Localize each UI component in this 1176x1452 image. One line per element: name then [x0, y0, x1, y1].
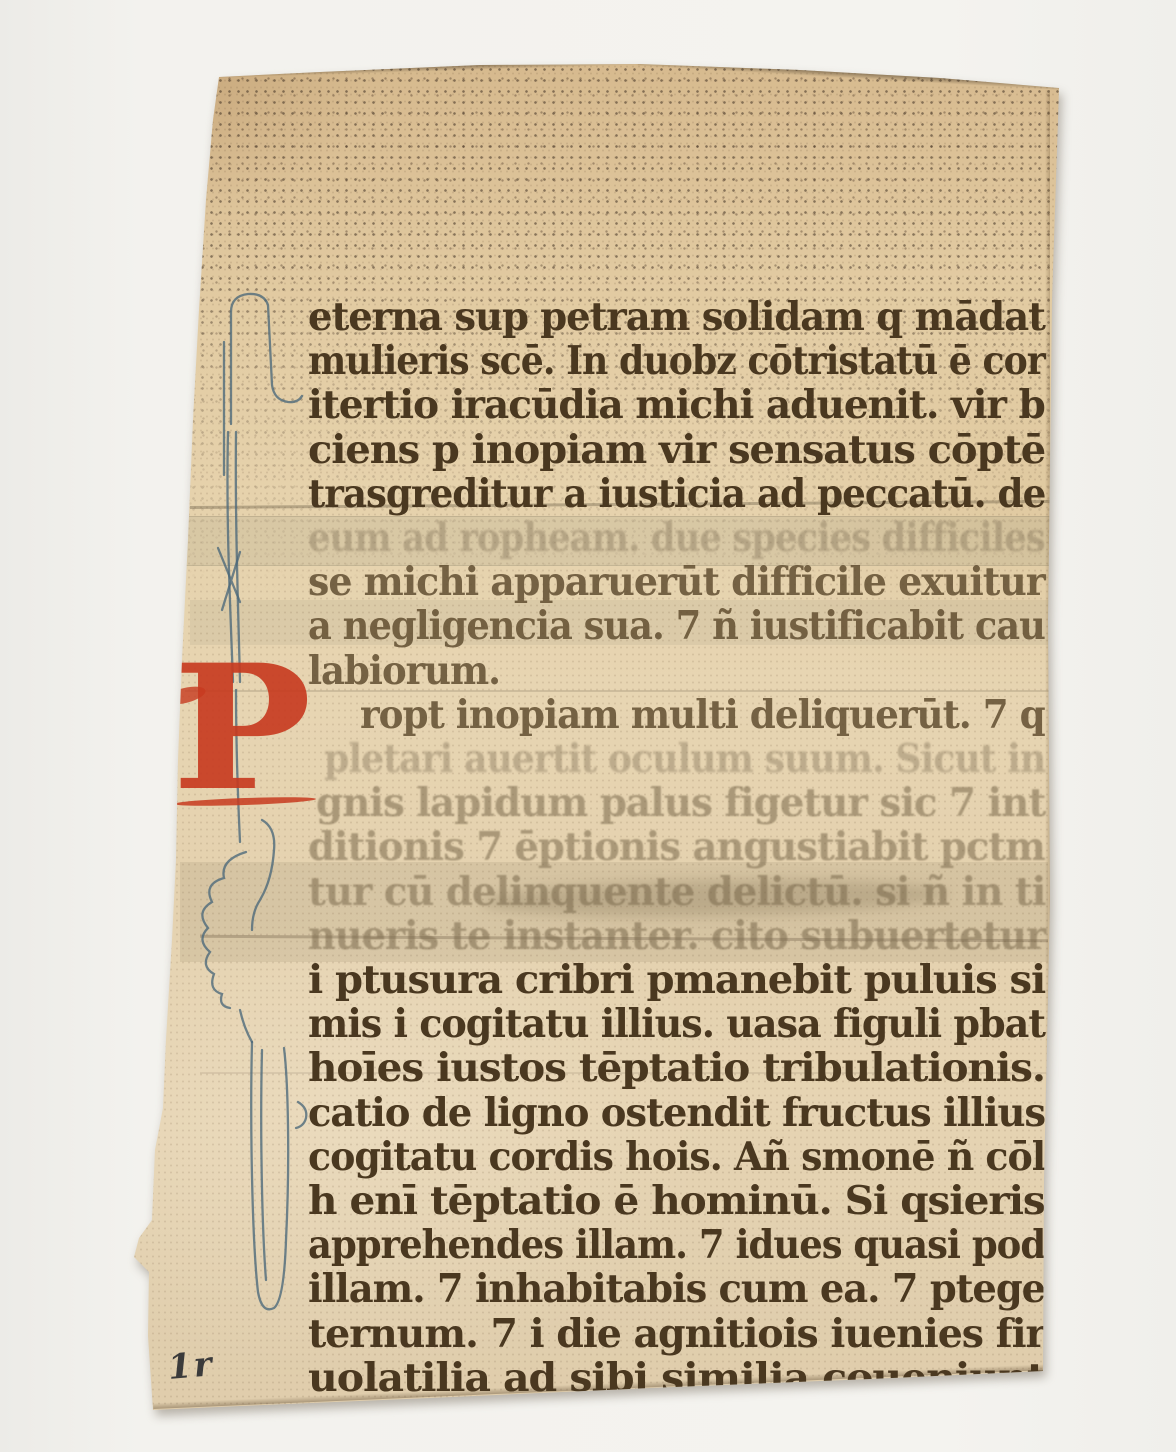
text-line: eterna sup petram solidam q mādat — [308, 295, 1045, 337]
text-line: mulieris scē. In duobz cōtristatū ē cor — [308, 339, 1045, 381]
text-line: ditionis 7 ēptionis angustiabit pctm — [308, 825, 1045, 867]
text-line: illam. 7 inhabitabis cum ea. 7 ptege — [308, 1267, 1045, 1309]
text-line: h enī tēptatio ē hominū. Si qsieris — [308, 1179, 1045, 1221]
text-line: uolatilia ad sibi similia coueniunt — [308, 1356, 1045, 1398]
text-line: ropt inopiam multi deliquerūt. 7 q — [360, 693, 1045, 735]
text-line: tur cū delinquente delictū. si ñ in ti — [308, 869, 1045, 911]
scan-background: P eterna sup petram solidam q mādatmulie… — [0, 0, 1176, 1452]
text-line: i ptusura cribri pmanebit puluis si — [308, 958, 1045, 1000]
text-line: a negligencia sua. 7 ñ iustificabit cau — [308, 604, 1045, 646]
folio-number-pencil: 1r — [166, 1344, 215, 1388]
text-line: labiorum. — [308, 648, 500, 690]
parchment-fragment: P eterna sup petram solidam q mādatmulie… — [0, 0, 1176, 1452]
text-line: pletari auertit oculum suum. Sicut in — [324, 737, 1045, 779]
parchment-wrap: P eterna sup petram solidam q mādatmulie… — [0, 0, 1176, 1452]
text-line: cogitatu cordis hois. Añ smonē ñ cōl — [308, 1135, 1045, 1177]
text-line: apprehendes illam. 7 idues quasi pod — [308, 1223, 1045, 1265]
text-line: itertio iracūdia michi aduenit. vir b — [308, 383, 1045, 425]
text-line: mis i cogitatu illius. uasa figuli pbat — [308, 1002, 1045, 1044]
text-line: catio de ligno ostendit fructus illius — [308, 1090, 1045, 1132]
text-line: nueris te instanter. cito subuertetur — [308, 914, 1045, 956]
text-line: ciens p inopiam vir sensatus cōptē — [308, 427, 1045, 469]
text-line: trasgreditur a iusticia ad peccatū. de — [308, 472, 1045, 514]
text-line: se michi apparuerūt difficile exuitur — [308, 560, 1045, 602]
red-initial-letter: P — [172, 642, 312, 814]
text-line: gnis lapidum palus figetur sic 7 int — [316, 781, 1045, 823]
text-line: hoīes iustos tēptatio tribulationis. — [308, 1046, 1045, 1088]
text-line: ternum. 7 i die agnitiois iuenies fir — [308, 1311, 1045, 1353]
text-line: eum ad ropheam. due species difficiles — [308, 516, 1045, 558]
